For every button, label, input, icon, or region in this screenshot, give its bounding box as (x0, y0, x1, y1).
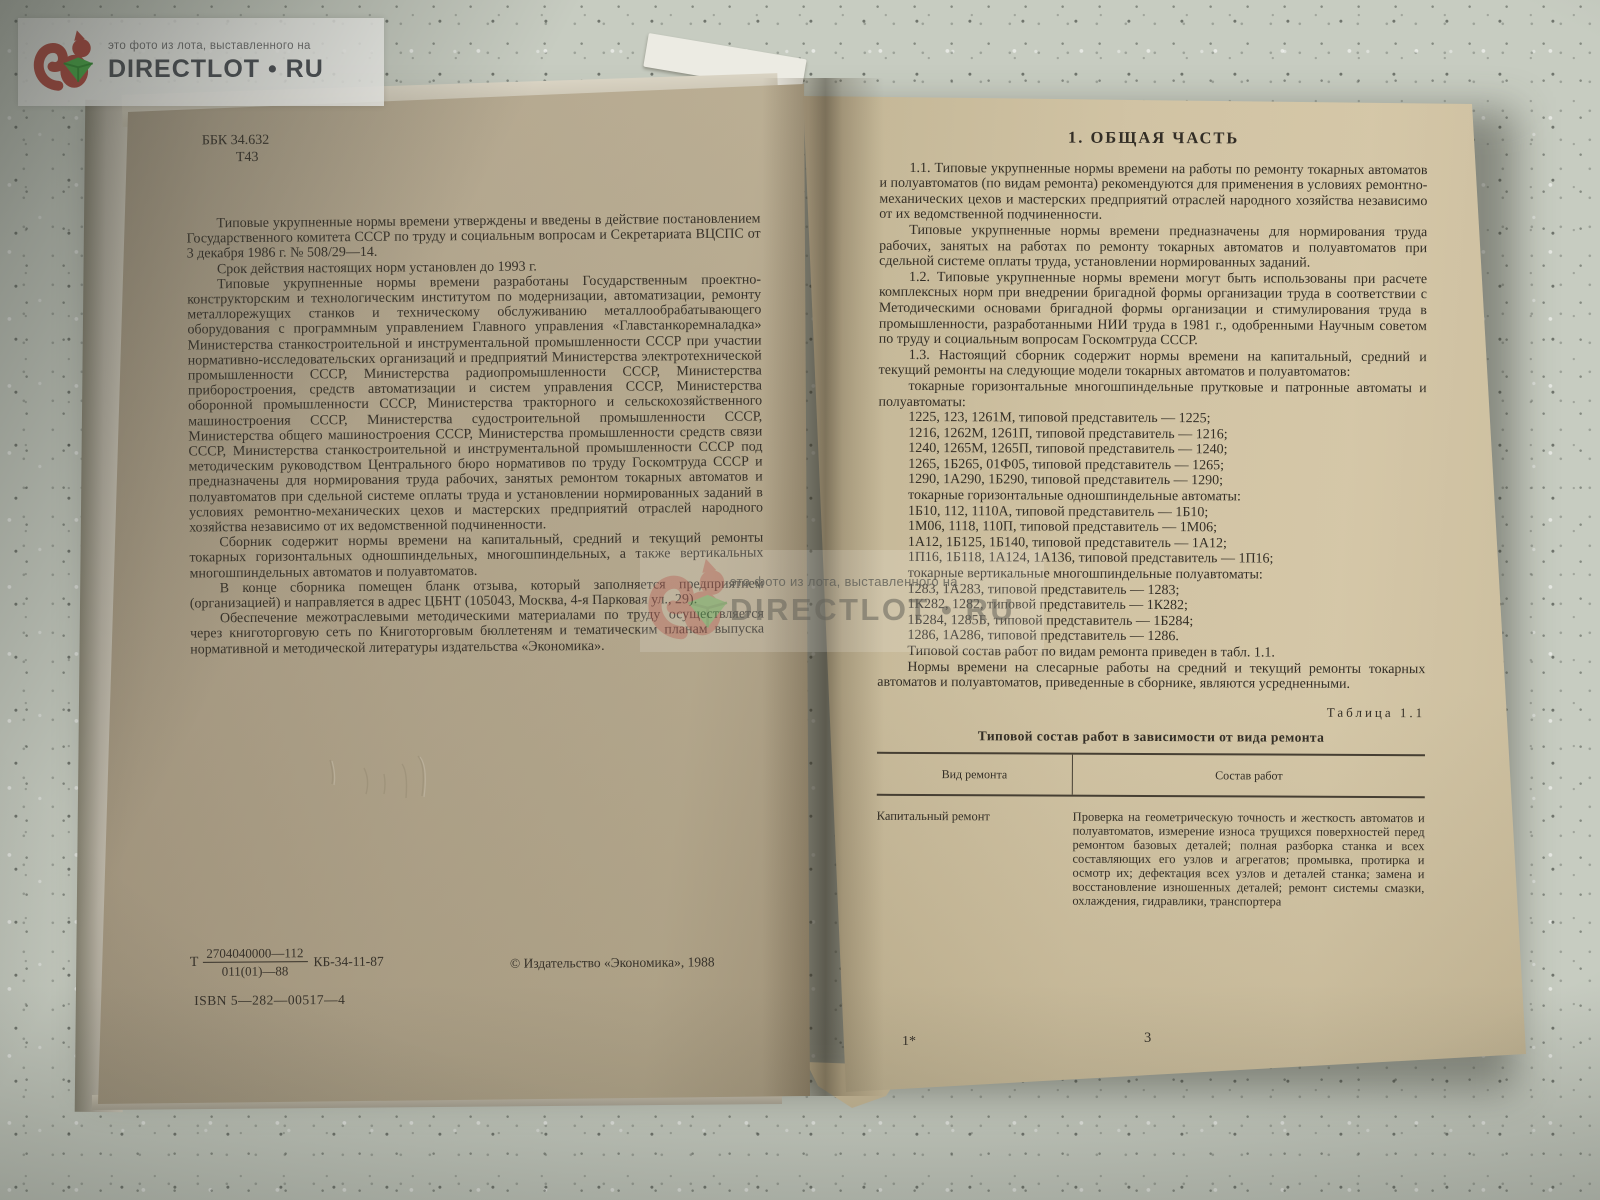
page-number: 3 (1144, 1030, 1151, 1047)
copyright-line: © Издательство «Экономика», 1988 (510, 954, 715, 971)
repair-type-cell: Капитальный ремонт (876, 809, 1072, 908)
table-header-row: Вид ремонта Состав работ (877, 752, 1425, 798)
paragraph: токарные горизонтальные многошпиндельные… (878, 379, 1426, 413)
photo-of-open-book: ББК 34.632Т43 Типовые укрупненные нормы … (0, 0, 1600, 1200)
column-header-repair-type: Вид ремонта (877, 754, 1073, 795)
watermark-brand-text: DIRECTLOT • RU (108, 55, 324, 84)
fraction-numerator: 2704040000—112 (202, 945, 307, 963)
bbk-code: ББК 34.632 (202, 133, 270, 149)
series-letter: Т (190, 954, 199, 970)
right-page-text: 1. ОБЩАЯ ЧАСТЬ 1.1. Типовые укрупненные … (876, 129, 1427, 909)
paragraph: 1.3. Настоящий сборник содержит нормы вр… (879, 348, 1427, 382)
paragraph: Типовые укрупненные нормы времени предна… (879, 223, 1427, 272)
squirrel-logo-icon (32, 29, 98, 95)
model-group-heading: токарные горизонтальные одношпиндельные … (878, 488, 1426, 506)
table-caption: Типовой состав работ в зависимости от ви… (877, 728, 1425, 746)
watermark-note-text: это фото из лота, выставленного на (108, 40, 324, 52)
paragraph: Типовые укрупненные нормы времени утверж… (186, 212, 760, 263)
imprint-block: Т 2704040000—112 011(01)—88 КБ-34-11-87 … (190, 942, 764, 1009)
table-label: Таблица 1.1 (877, 703, 1425, 721)
watermark-brand-text: DIRECTLOT • RU (730, 592, 1015, 628)
crease-marks (318, 738, 488, 828)
paragraph: 1.1. Типовые укрупненные нормы времени н… (879, 160, 1427, 225)
bbk-classification: ББК 34.632Т43 (202, 128, 760, 167)
fraction-denominator: 011(01)—88 (202, 962, 307, 979)
paragraph: Типовые укрупненные нормы времени разраб… (187, 272, 763, 535)
paragraph: 1.2. Типовые укрупненные нормы времени м… (879, 270, 1427, 350)
catalog-fraction: 2704040000—112 011(01)—88 (202, 945, 307, 979)
repair-works-table: Вид ремонта Состав работ Капитальный рем… (876, 752, 1425, 909)
bbk-index: Т43 (236, 150, 259, 165)
paragraph: Нормы времени на слесарные работы на сре… (877, 659, 1425, 693)
watermark-note-text: это фото из лота, выставленного на (730, 574, 1015, 589)
column-header-works: Состав работ (1073, 755, 1425, 797)
watermark-center: это фото из лота, выставленного на DIREC… (640, 550, 1044, 652)
watermark-banner: это фото из лота, выставленного на DIREC… (18, 18, 384, 106)
publisher-code: КБ-34-11-87 (313, 953, 383, 969)
signature-mark: 1* (902, 1034, 916, 1050)
table-row: Капитальный ремонт Проверка на геометрич… (876, 796, 1424, 909)
squirrel-logo-icon (646, 557, 734, 645)
works-cell: Проверка на геометрическую точность и же… (1072, 810, 1424, 910)
chapter-title: 1. ОБЩАЯ ЧАСТЬ (880, 129, 1428, 147)
